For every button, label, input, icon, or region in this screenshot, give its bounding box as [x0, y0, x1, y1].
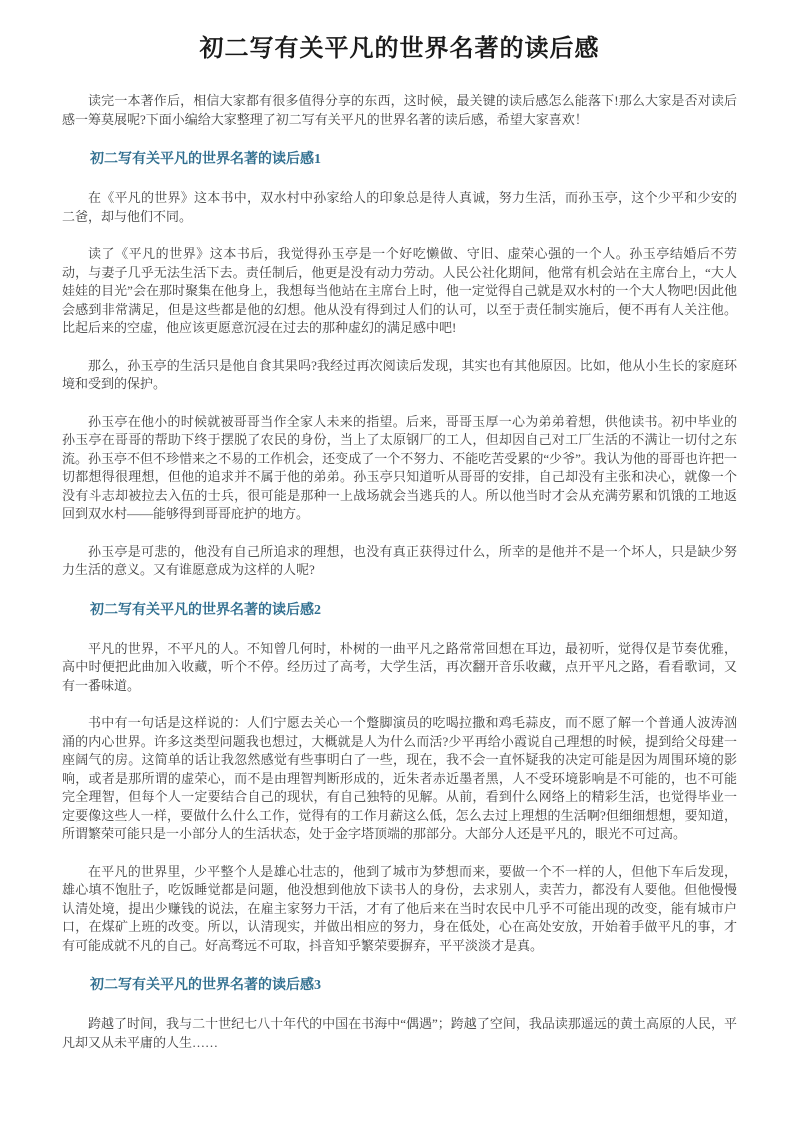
section-2-paragraph-1: 平凡的世界，不平凡的人。不知曾几何时，朴树的一曲平凡之路常常回想在耳边，最初听，…	[62, 640, 737, 696]
section-1-paragraph-4: 孙玉亭在他小的时候就被哥哥当作全家人未来的指望。后来，哥哥玉厚一心为弟弟着想，供…	[62, 413, 737, 524]
section-2-paragraph-3: 在平凡的世界里，少平整个人是雄心壮志的，他到了城市为梦想而来，要做一个不一样的人…	[62, 863, 737, 956]
section-1-heading: 初二写有关平凡的世界名著的读后感1	[62, 151, 737, 169]
section-1-paragraph-5: 孙玉亭是可悲的，他没有自己所追求的理想，也没有真正获得过什么，所幸的是他并不是一…	[62, 543, 737, 580]
document-page: 初二写有关平凡的世界名著的读后感 读完一本著作后，相信大家都有很多值得分享的东西…	[0, 0, 794, 1123]
section-1-paragraph-1: 在《平凡的世界》这本书中，双水村中孙家给人的印象总是待人真诚，努力生活，而孙玉亭…	[62, 189, 737, 226]
section-2-heading: 初二写有关平凡的世界名著的读后感2	[62, 602, 737, 620]
section-3-paragraph-1: 跨越了时间，我与二十世纪七八十年代的中国在书海中“偶遇”；跨越了空间，我品读那遥…	[62, 1015, 737, 1052]
section-3-heading: 初二写有关平凡的世界名著的读后感3	[62, 977, 737, 995]
section-2-paragraph-2: 书中有一句话是这样说的：人们宁愿去关心一个蹩脚演员的吃喝拉撒和鸡毛蒜皮，而不愿了…	[62, 714, 737, 844]
intro-paragraph: 读完一本著作后，相信大家都有很多值得分享的东西，这时候，最关键的读后感怎么能落下…	[62, 92, 737, 129]
section-1-paragraph-2: 读了《平凡的世界》这本书后，我觉得孙玉亭是一个好吃懒做、守旧、虚荣心强的一个人。…	[62, 245, 737, 338]
section-1-paragraph-3: 那么，孙玉亭的生活只是他自食其果吗?我经过再次阅读后发现，其实也有其他原因。比如…	[62, 357, 737, 394]
document-title: 初二写有关平凡的世界名著的读后感	[62, 34, 737, 64]
